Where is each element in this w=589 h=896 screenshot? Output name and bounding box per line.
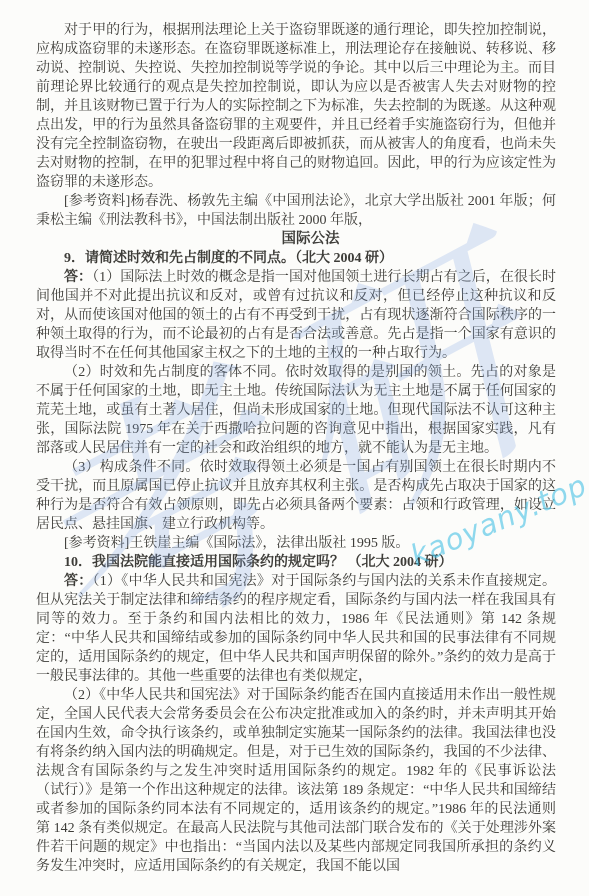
question-9-title: 9．请简述时效和先占制度的不同点。（北大 2004 研）: [36, 249, 556, 268]
question-9-answer-p2: （2）时效和先占制度的客体不同。依时效取得的是别国的领土。先占的对象是不属于任何…: [36, 363, 556, 458]
criminal-law-reference: [参考资料]杨春洗、杨敦先主编《中国刑法论》，北京大学出版社 2001 年版；何…: [36, 192, 556, 230]
answer-lead-label: 答：: [64, 270, 92, 285]
section-heading-international-public-law: 国际公法: [36, 230, 556, 249]
question-10-title: 10．我国法院能直接适用国际条约的规定吗？ （北大 2004 研）: [36, 553, 556, 572]
question-9-answer-p3: （3）构成条件不同。依时效取得领土必须是一国占有别国领土在很长时期内不受干扰，而…: [36, 458, 556, 534]
document-page: 对于甲的行为，根据刑法理论上关于盗窃罪既遂的通行理论，即失控加控制说，应构成盗窃…: [0, 0, 589, 896]
question-9-answer-p1-text: （1）国际法上时效的概念是指一国对他国领土进行长期占有之后，在很长时间他国并不对…: [36, 270, 556, 361]
question-10-answer-p1: 答：（1）《中华人民共和国宪法》对于国际条约与国内法的关系未作直接规定。但从宪法…: [36, 572, 556, 686]
question-10-answer-p2: （2）《中华人民共和国宪法》对于国际条约能否在国内直接适用未作出一般性规定，全国…: [36, 686, 556, 876]
question-9-answer-p1: 答：（1）国际法上时效的概念是指一国对他国领土进行长期占有之后，在很长时间他国并…: [36, 268, 556, 363]
question-10-answer-p1-text: （1）《中华人民共和国宪法》对于国际条约与国内法的关系未作直接规定。但从宪法关于…: [36, 574, 556, 684]
question-9-reference: [参考资料]王铁崖主编《国际法》，法律出版社 1995 版。: [36, 534, 556, 553]
criminal-law-analysis-paragraph: 对于甲的行为，根据刑法理论上关于盗窃罪既遂的通行理论，即失控加控制说，应构成盗窃…: [36, 21, 556, 192]
answer-lead-label: 答：: [64, 574, 93, 589]
document-content: 对于甲的行为，根据刑法理论上关于盗窃罪既遂的通行理论，即失控加控制说，应构成盗窃…: [0, 0, 589, 876]
